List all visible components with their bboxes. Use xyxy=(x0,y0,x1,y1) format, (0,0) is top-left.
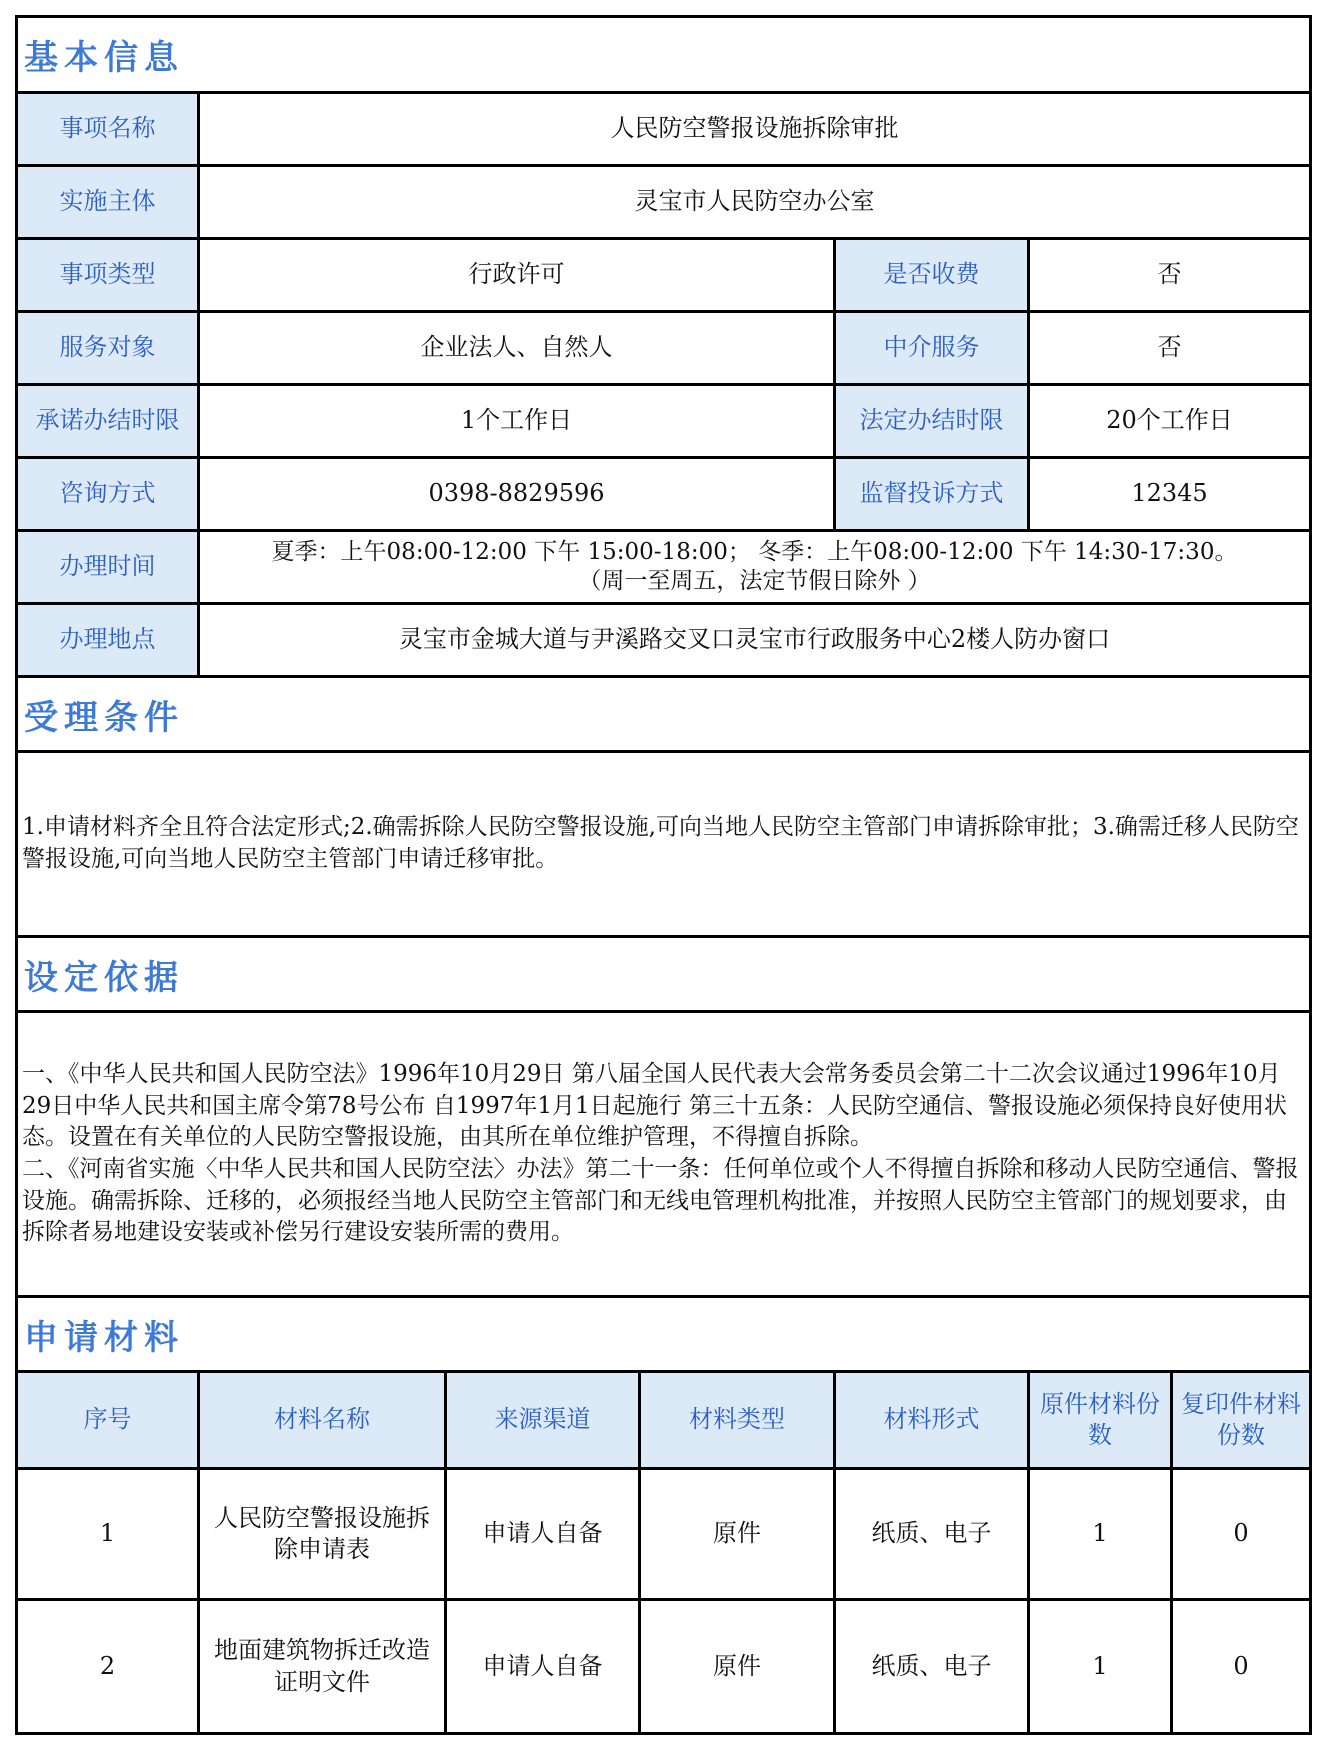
cell-original-count: 1 xyxy=(1030,1601,1173,1732)
table-row: 2 地面建筑物拆迁改造证明文件 申请人自备 原件 纸质、电子 1 0 xyxy=(18,1601,1309,1732)
materials-table-header: 序号 材料名称 来源渠道 材料类型 材料形式 原件材料份数 复印件材料份数 xyxy=(18,1373,1309,1470)
cell-original-count: 1 xyxy=(1030,1470,1173,1598)
cell-source: 申请人自备 xyxy=(447,1601,641,1732)
cell-index: 2 xyxy=(18,1601,200,1732)
label-hours: 办理时间 xyxy=(18,532,200,602)
cell-name: 地面建筑物拆迁改造证明文件 xyxy=(200,1601,447,1732)
value-service-target: 企业法人、自然人 xyxy=(200,313,836,383)
section-basis: 设定依据 xyxy=(18,938,1309,1013)
col-header-form: 材料形式 xyxy=(836,1373,1030,1467)
conditions-text: 1.申请材料齐全且符合法定形式;2.确需拆除人民防空警报设施,可向当地人民防空主… xyxy=(18,753,1309,935)
section-title-materials: 申请材料 xyxy=(18,1298,184,1370)
row-item-name: 事项名称 人民防空警报设施拆除审批 xyxy=(18,94,1309,167)
row-item-type: 事项类型 行政许可 是否收费 否 xyxy=(18,240,1309,313)
value-promised-time: 1个工作日 xyxy=(200,386,836,456)
value-fee: 否 xyxy=(1030,240,1309,310)
value-complaint-phone: 12345 xyxy=(1030,459,1309,529)
col-header-index: 序号 xyxy=(18,1373,200,1467)
section-title-conditions: 受理条件 xyxy=(18,678,184,750)
basis-paragraph-1: 一、《中华人民共和国人民防空法》1996年10月29日 第八届全国人民代表大会常… xyxy=(22,1059,1305,1154)
label-consult: 咨询方式 xyxy=(18,459,200,529)
row-conditions-text: 1.申请材料齐全且符合法定形式;2.确需拆除人民防空警报设施,可向当地人民防空主… xyxy=(18,753,1309,938)
label-item-type: 事项类型 xyxy=(18,240,200,310)
value-legal-time: 20个工作日 xyxy=(1030,386,1309,456)
col-header-copy-count: 复印件材料份数 xyxy=(1173,1373,1309,1467)
row-contact: 咨询方式 0398-8829596 监督投诉方式 12345 xyxy=(18,459,1309,532)
cell-type: 原件 xyxy=(641,1470,836,1598)
table-row: 1 人民防空警报设施拆除申请表 申请人自备 原件 纸质、电子 1 0 xyxy=(18,1470,1309,1601)
cell-index: 1 xyxy=(18,1470,200,1598)
section-conditions: 受理条件 xyxy=(18,678,1309,753)
label-service-target: 服务对象 xyxy=(18,313,200,383)
label-item-name: 事项名称 xyxy=(18,94,200,164)
value-intermediary: 否 xyxy=(1030,313,1309,383)
row-basis-text: 一、《中华人民共和国人民防空法》1996年10月29日 第八届全国人民代表大会常… xyxy=(18,1013,1309,1298)
row-service-target: 服务对象 企业法人、自然人 中介服务 否 xyxy=(18,313,1309,386)
row-location: 办理地点 灵宝市金城大道与尹溪路交叉口灵宝市行政服务中心2楼人防办窗口 xyxy=(18,605,1309,678)
row-hours: 办理时间 夏季：上午08:00-12:00 下午 15:00-18:00； 冬季… xyxy=(18,532,1309,605)
cell-copy-count: 0 xyxy=(1173,1470,1309,1598)
label-location: 办理地点 xyxy=(18,605,200,675)
cell-form: 纸质、电子 xyxy=(836,1470,1030,1598)
section-materials: 申请材料 xyxy=(18,1298,1309,1373)
cell-type: 原件 xyxy=(641,1601,836,1732)
value-hours: 夏季：上午08:00-12:00 下午 15:00-18:00； 冬季：上午08… xyxy=(200,532,1309,602)
hours-line-seasonal: 夏季：上午08:00-12:00 下午 15:00-18:00； 冬季：上午08… xyxy=(272,538,1238,567)
service-item-sheet: 基本信息 事项名称 人民防空警报设施拆除审批 实施主体 灵宝市人民防空办公室 事… xyxy=(15,15,1312,1735)
row-time-limit: 承诺办结时限 1个工作日 法定办结时限 20个工作日 xyxy=(18,386,1309,459)
value-implementer: 灵宝市人民防空办公室 xyxy=(200,167,1309,237)
cell-copy-count: 0 xyxy=(1173,1601,1309,1732)
section-title-basic-info: 基本信息 xyxy=(18,18,184,91)
label-fee: 是否收费 xyxy=(836,240,1030,310)
basis-paragraph-2: 二、《河南省实施〈中华人民共和国人民防空法〉办法》第二十一条：任何单位或个人不得… xyxy=(22,1154,1305,1249)
value-consult-phone: 0398-8829596 xyxy=(200,459,836,529)
value-item-name: 人民防空警报设施拆除审批 xyxy=(200,94,1309,164)
col-header-type: 材料类型 xyxy=(641,1373,836,1467)
basis-text: 一、《中华人民共和国人民防空法》1996年10月29日 第八届全国人民代表大会常… xyxy=(18,1013,1309,1295)
col-header-original-count: 原件材料份数 xyxy=(1030,1373,1173,1467)
row-implementer: 实施主体 灵宝市人民防空办公室 xyxy=(18,167,1309,240)
cell-name: 人民防空警报设施拆除申请表 xyxy=(200,1470,447,1598)
col-header-name: 材料名称 xyxy=(200,1373,447,1467)
section-basic-info: 基本信息 xyxy=(18,18,1309,94)
section-title-basis: 设定依据 xyxy=(18,938,184,1010)
cell-source: 申请人自备 xyxy=(447,1470,641,1598)
label-complaint: 监督投诉方式 xyxy=(836,459,1030,529)
label-promised-time: 承诺办结时限 xyxy=(18,386,200,456)
hours-line-days: （周一至周五，法定节假日除外 ） xyxy=(578,567,930,596)
cell-form: 纸质、电子 xyxy=(836,1601,1030,1732)
label-legal-time: 法定办结时限 xyxy=(836,386,1030,456)
label-intermediary: 中介服务 xyxy=(836,313,1030,383)
label-implementer: 实施主体 xyxy=(18,167,200,237)
col-header-source: 来源渠道 xyxy=(447,1373,641,1467)
value-item-type: 行政许可 xyxy=(200,240,836,310)
value-location: 灵宝市金城大道与尹溪路交叉口灵宝市行政服务中心2楼人防办窗口 xyxy=(200,605,1309,675)
